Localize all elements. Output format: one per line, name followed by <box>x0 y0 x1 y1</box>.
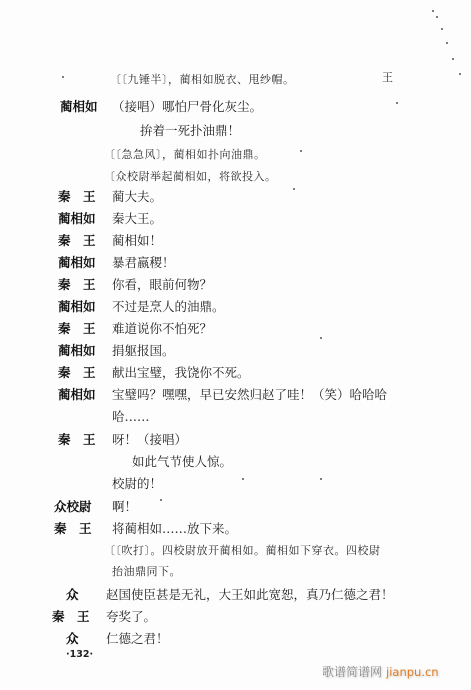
speaker-label: 蔺相如 <box>58 297 96 315</box>
dialog-line: 暴君嬴稷！ <box>112 253 175 271</box>
dialog-line: 呀！（接唱） <box>112 430 187 448</box>
scan-speck <box>160 499 162 501</box>
dialog-line: 将蔺相如……放下来。 <box>112 519 237 537</box>
speaker-label: 蔺相如 <box>58 253 96 271</box>
scan-speck <box>452 58 454 60</box>
dialog-continuation: 校尉的！ <box>112 474 162 492</box>
dialog-line: 你看，眼前何物？ <box>112 275 212 293</box>
dialog-line: 蔺相如！ <box>112 231 162 249</box>
dialog-line: 难道说你不怕死？ <box>112 319 212 337</box>
speaker-label: 秦 王 <box>58 430 96 448</box>
scan-speck <box>436 16 438 18</box>
dialog-line: 啊！ <box>112 497 137 515</box>
scan-speck <box>320 478 322 480</box>
speaker-label: 秦 王 <box>58 231 96 249</box>
speaker-label: 众 <box>66 629 79 647</box>
stage-direction: 〔〔吹打〕。四校尉放开蔺相如。蔺相如下穿衣。四校尉 <box>104 542 381 558</box>
speaker-label: 秦 王 <box>54 519 92 537</box>
watermark-site-name: 歌谱简谱网 <box>322 665 382 679</box>
speaker-label: 众校尉 <box>54 497 92 515</box>
speaker-label: 蔺相如 <box>58 385 96 403</box>
watermark-url: jianpu.cn <box>386 665 439 679</box>
scan-speck <box>459 73 461 75</box>
speaker-label: 秦 王 <box>58 363 96 381</box>
dialog-line: 秦大王。 <box>112 209 162 227</box>
verse-line: 拚着一死扑油鼎！ <box>140 121 240 139</box>
scan-speck <box>300 150 302 152</box>
scan-speck <box>320 337 322 339</box>
speaker-label: 秦 王 <box>58 319 96 337</box>
speaker-label: 众 <box>66 585 79 603</box>
scan-speck <box>432 10 434 12</box>
scan-speck <box>242 478 244 480</box>
stage-direction: 抬油鼎同下。 <box>112 563 181 579</box>
dialog-line: （接唱）哪怕尸骨化灰尘。 <box>112 97 262 115</box>
speaker-label: 秦 王 <box>58 187 96 205</box>
page-number: ·132· <box>66 649 93 660</box>
page-edge-fragment: 王 <box>382 69 393 85</box>
stage-direction: 〔〔急急风〕，蔺相如扑向油鼎。 <box>104 146 266 162</box>
dialog-line: 蔺大夫。 <box>112 187 162 205</box>
scan-speck <box>446 42 448 44</box>
script-page: 〔〔九锤半〕，蔺相如脱衣、甩纱帽。 王 蔺相如 （接唱）哪怕尸骨化灰尘。 拚着一… <box>0 0 471 690</box>
speaker-label: 秦 王 <box>58 275 96 293</box>
verse-line: 如此气节使人惊。 <box>132 452 232 470</box>
scan-speck <box>441 28 443 30</box>
speaker-label: 蔺相如 <box>58 209 96 227</box>
dialog-line: 不过是烹人的油鼎。 <box>112 297 225 315</box>
scan-speck <box>396 102 398 104</box>
scan-speck <box>62 76 64 78</box>
dialog-line: 仁德之君！ <box>106 629 169 647</box>
dialog-line: 捐躯报国。 <box>112 341 175 359</box>
speaker-label: 蔺相如 <box>60 97 98 115</box>
dialog-line: 献出宝璧，我饶你不死。 <box>112 363 250 381</box>
scan-speck <box>293 188 295 190</box>
speaker-label: 秦 王 <box>52 607 90 625</box>
watermark: 歌谱简谱网jianpu.cn <box>322 663 439 680</box>
dialog-line: 宝璧吗？嘿嘿，早已安然归赵了哇！（笑）哈哈哈 <box>112 385 387 403</box>
dialog-line: 赵国使臣甚是无礼，大王如此宽恕，真乃仁德之君！ <box>106 585 394 603</box>
dialog-continuation: 哈…… <box>112 407 150 425</box>
speaker-label: 蔺相如 <box>58 341 96 359</box>
stage-direction: 〔〔九锤半〕，蔺相如脱衣、甩纱帽。 <box>110 71 295 87</box>
dialog-line: 夸奖了。 <box>106 607 156 625</box>
stage-direction: 〔众校尉举起蔺相如，将欲投入。 <box>104 168 277 184</box>
